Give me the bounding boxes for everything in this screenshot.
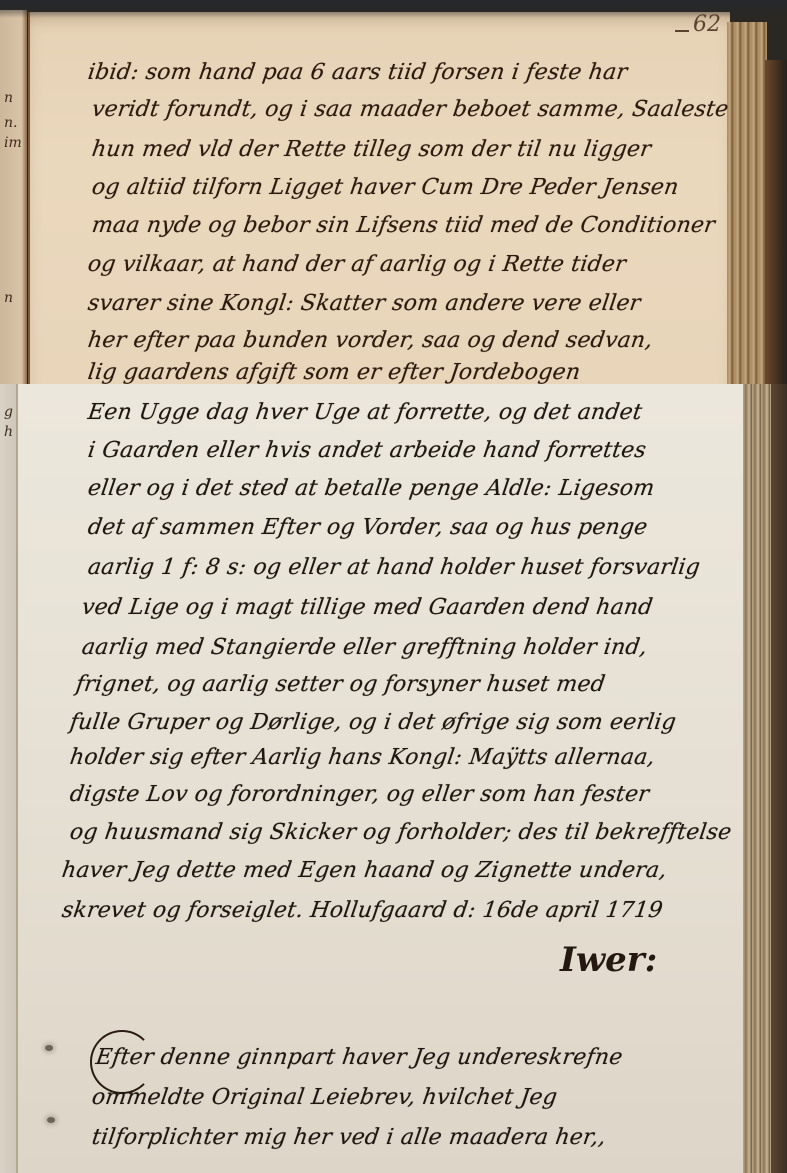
margin-fragment: n [4, 290, 13, 306]
book-cover-edge [765, 60, 787, 384]
text-line: aarlig 1 f: 8 s: og eller at hand holder… [86, 555, 701, 580]
binding-hole [45, 1045, 53, 1051]
text-line: ibid: som hand paa 6 aars tiid forsen i … [86, 60, 629, 85]
margin-fragment: g [4, 404, 13, 420]
margin-fragment: h [4, 424, 13, 440]
text-line: tilforplichter mig her ved i alle maader… [90, 1125, 607, 1150]
text-line: ved Lige og i magt tillige med Gaarden d… [80, 595, 654, 620]
text-line: veridt forundt, og i saa maader beboet s… [90, 97, 730, 122]
facing-left-page [0, 384, 16, 1173]
text-line: i Gaarden eller hvis andet arbeide hand … [86, 438, 648, 463]
text-line: her efter paa bunden vorder, saa og dend… [86, 328, 654, 353]
facing-left-page [0, 10, 27, 384]
margin-fragment: n. [4, 115, 17, 131]
signature: Iwer: [560, 940, 657, 980]
text-line: og vilkaar, at hand der af aarlig og i R… [86, 252, 627, 277]
text-line: maa nyde og bebor sin Lifsens tiid med d… [90, 213, 716, 238]
text-line: aarlig med Stangierde eller grefftning h… [80, 635, 648, 660]
text-line: og altiid tilforn Ligget haver Cum Dre P… [90, 175, 680, 200]
text-line: eller og i det sted at betalle penge Ald… [86, 476, 656, 501]
margin-fragment: n [4, 90, 13, 106]
text-line: fulle Gruper og Dørlige, og i det øfrige… [68, 710, 677, 735]
text-line: holder sig efter Aarlig hans Kongl: Maÿt… [68, 745, 656, 770]
text-line: lig gaardens afgift som er efter Jordebo… [86, 360, 582, 384]
text-line: haver Jeg dette med Egen haand og Zignet… [60, 858, 668, 883]
top-shadow [0, 0, 787, 18]
book-cover-edge [771, 384, 787, 1173]
text-line: svarer sine Kongl: Skatter som andere ve… [86, 291, 642, 316]
page-number: 62 [693, 12, 721, 37]
page-edges-right [743, 384, 771, 1173]
text-line: skrevet og forseiglet. Hollufgaard d: 16… [60, 898, 664, 923]
text-line: og huusmand sig Skicker og forholder; de… [68, 820, 733, 845]
text-line: Efter denne ginnpart haver Jeg undereskr… [94, 1045, 624, 1070]
binding-hole [47, 1117, 55, 1123]
text-line: Een Ugge dag hver Uge at forrette, og de… [86, 400, 643, 425]
text-line: frignet, og aarlig setter og forsyner hu… [74, 672, 607, 697]
page-top-segment: n n. im n 62 ibid: som hand paa 6 aars t… [0, 0, 787, 384]
text-line: digste Lov og forordninger, og eller som… [68, 782, 651, 807]
text-line: det af sammen Efter og Vorder, saa og hu… [86, 515, 649, 540]
text-line: ommeldte Original Leiebrev, hvilchet Jeg [90, 1085, 559, 1110]
page-edges-right [727, 22, 767, 384]
text-line: hun med vld der Rette tilleg som der til… [90, 137, 652, 162]
manuscript-photograph: n n. im n 62 ibid: som hand paa 6 aars t… [0, 0, 787, 1173]
margin-fragment: im [4, 135, 22, 151]
